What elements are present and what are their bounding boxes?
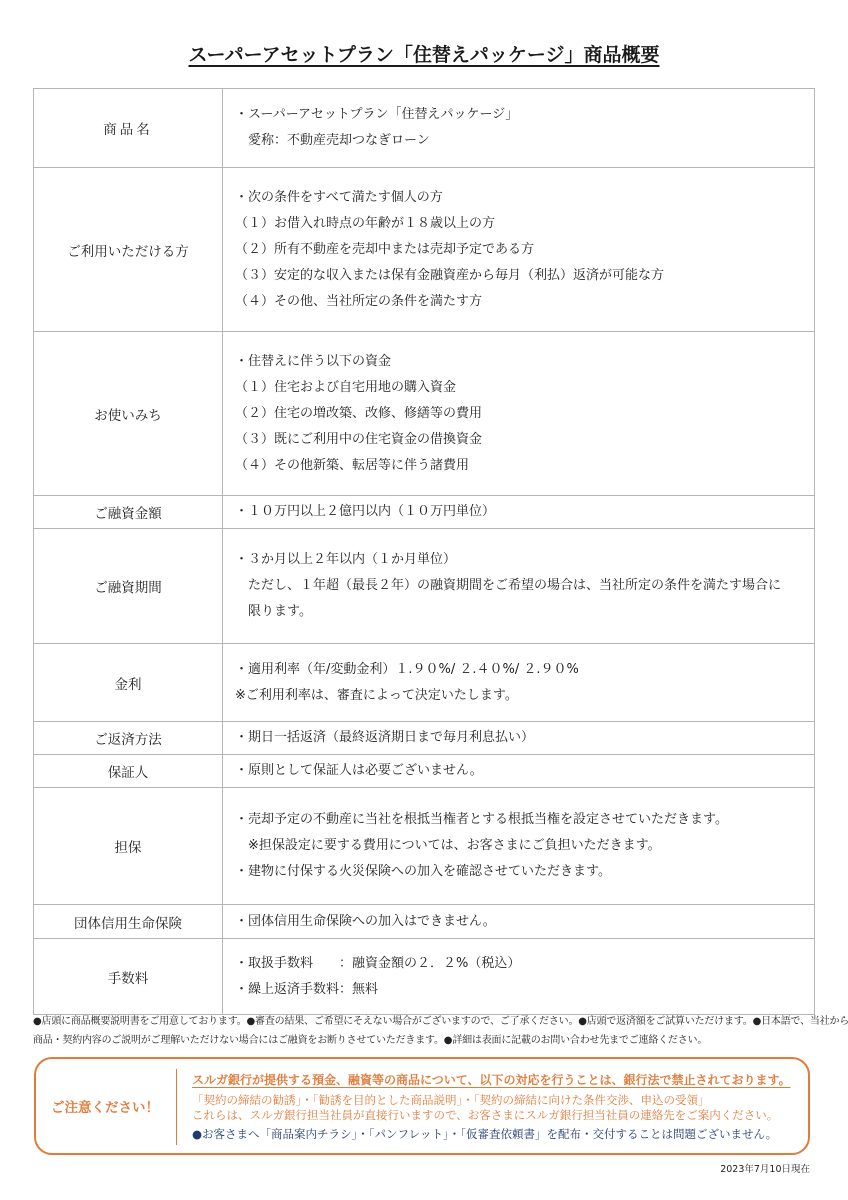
content-line: ※ご利用利率は、審査によって決定いたします。 [235, 683, 814, 709]
row-content: ・期日一括返済（最終返済期日まで毎月利息払い） [223, 722, 815, 755]
row-label: 団体信用生命保険 [34, 905, 223, 939]
content-line: 愛称：不動産売却つなぎローン [235, 128, 814, 154]
content-line: （１）住宅および自宅用地の購入資金 [235, 375, 814, 401]
table-row-eligibility: ご利用いただける方 ・次の条件をすべて満たす個人の方 （１）お借入れ時点の年齢が… [34, 168, 815, 332]
content-line: ・繰上返済手数料：無料 [235, 977, 814, 1003]
content-line: ・取扱手数料 ：融資金額の２．２%（税込） [235, 951, 814, 977]
content-line: ・原則として保証人は必要ございません。 [235, 758, 814, 784]
row-content: ・原則として保証人は必要ございません。 [223, 755, 815, 788]
content-line: ただし、１年超（最長２年）の融資期間をご希望の場合は、当社所定の条件を満たす場合… [235, 573, 814, 599]
caution-heading: スルガ銀行が提供する預金、融資等の商品について、以下の対応を行うことは、銀行法で… [192, 1070, 802, 1090]
content-line: ・建物に付保する火災保険への加入を確認させていただきます。 [235, 859, 814, 885]
row-label: ご返済方法 [34, 722, 223, 755]
table-row-collateral: 担保 ・売却予定の不動産に当社を根抵当権者とする根抵当権を設定させていただきます… [34, 788, 815, 905]
table-row-guarantor: 保証人 ・原則として保証人は必要ございません。 [34, 755, 815, 788]
content-line: ※担保設定に要する費用については、お客さまにご負担いただきます。 [235, 833, 814, 859]
row-label: ご利用いただける方 [34, 168, 223, 332]
caution-text-line: 「契約の締結の勧誘」・「勧誘を目的とした商品説明」・「契約の締結に向けた条件交渉… [192, 1093, 802, 1108]
table-row-loan-amount: ご融資金額 ・１０万円以上２億円以内（１０万円単位） [34, 496, 815, 529]
content-line: ・期日一括返済（最終返済期日まで毎月利息払い） [235, 725, 814, 751]
row-label: ご融資金額 [34, 496, 223, 529]
caution-box: ご注意ください！ スルガ銀行が提供する預金、融資等の商品について、以下の対応を行… [34, 1057, 810, 1155]
caution-divider [176, 1069, 177, 1145]
table-row-group-life-insurance: 団体信用生命保険 ・団体信用生命保険への加入はできません。 [34, 905, 815, 939]
content-line: ・売却予定の不動産に当社を根抵当権者とする根抵当権を設定させていただきます。 [235, 807, 814, 833]
caution-ok-line: ●お客さまへ「商品案内チラシ」・「パンフレット」・「仮審査依頼書」を配布・交付す… [192, 1123, 802, 1145]
content-line: ・次の条件をすべて満たす個人の方 [235, 185, 814, 211]
table-row-loan-period: ご融資期間 ・３か月以上２年以内（１か月単位） ただし、１年超（最長２年）の融資… [34, 529, 815, 644]
row-content: ・スーパーアセットプラン「住替えパッケージ」 愛称：不動産売却つなぎローン [223, 89, 815, 168]
row-content: ・団体信用生命保険への加入はできません。 [223, 905, 815, 939]
product-summary-table: 商品名 ・スーパーアセットプラン「住替えパッケージ」 愛称：不動産売却つなぎロー… [33, 88, 815, 1015]
content-line: ・適用利率（年/変動金利）１.９０%/ ２.４０%/ ２.９０% [235, 657, 814, 683]
row-label: お使いみち [34, 332, 223, 496]
caution-body: スルガ銀行が提供する預金、融資等の商品について、以下の対応を行うことは、銀行法で… [192, 1070, 802, 1145]
row-content: ・１０万円以上２億円以内（１０万円単位） [223, 496, 815, 529]
content-line: 限ります。 [235, 599, 814, 625]
content-line: （２）住宅の増改築、改修、修繕等の費用 [235, 401, 814, 427]
caution-label: ご注意ください！ [36, 1059, 174, 1153]
row-content: ・次の条件をすべて満たす個人の方 （１）お借入れ時点の年齢が１８歳以上の方 （２… [223, 168, 815, 332]
table-row-fees: 手数料 ・取扱手数料 ：融資金額の２．２%（税込） ・繰上返済手数料：無料 [34, 939, 815, 1015]
content-line: （３）既にご利用中の住宅資金の借換資金 [235, 427, 814, 453]
content-line: （１）お借入れ時点の年齢が１８歳以上の方 [235, 211, 814, 237]
row-content: ・取扱手数料 ：融資金額の２．２%（税込） ・繰上返済手数料：無料 [223, 939, 815, 1015]
row-label: 保証人 [34, 755, 223, 788]
content-line: （４）その他新築、転居等に伴う諸費用 [235, 453, 814, 479]
table-row-repayment: ご返済方法 ・期日一括返済（最終返済期日まで毎月利息払い） [34, 722, 815, 755]
table-row-interest-rate: 金利 ・適用利率（年/変動金利）１.９０%/ ２.４０%/ ２.９０% ※ご利用… [34, 644, 815, 722]
content-line: ・団体信用生命保険への加入はできません。 [235, 909, 814, 935]
as-of-date: 2023年7月10日現在 [720, 1161, 810, 1175]
content-line: ・１０万円以上２億円以内（１０万円単位） [235, 499, 814, 525]
table-row-product-name: 商品名 ・スーパーアセットプラン「住替えパッケージ」 愛称：不動産売却つなぎロー… [34, 89, 815, 168]
row-label: 担保 [34, 788, 223, 905]
row-content: ・売却予定の不動産に当社を根抵当権者とする根抵当権を設定させていただきます。 ※… [223, 788, 815, 905]
content-line: ・スーパーアセットプラン「住替えパッケージ」 [235, 102, 814, 128]
footnote-line: 商品・契約内容のご説明がご理解いただけない場合にはご融資をお断りさせていただきま… [33, 1031, 823, 1050]
content-line: ・３か月以上２年以内（１か月単位） [235, 547, 814, 573]
row-content: ・３か月以上２年以内（１か月単位） ただし、１年超（最長２年）の融資期間をご希望… [223, 529, 815, 644]
table-row-usage: お使いみち ・住替えに伴う以下の資金 （１）住宅および自宅用地の購入資金 （２）… [34, 332, 815, 496]
row-content: ・住替えに伴う以下の資金 （１）住宅および自宅用地の購入資金 （２）住宅の増改築… [223, 332, 815, 496]
content-line: （２）所有不動産を売却中または売却予定である方 [235, 237, 814, 263]
row-content: ・適用利率（年/変動金利）１.９０%/ ２.４０%/ ２.９０% ※ご利用利率は… [223, 644, 815, 722]
caution-text-line: これらは、スルガ銀行担当社員が直接行いますので、お客さまにスルガ銀行担当社員の連… [192, 1108, 802, 1123]
row-label: 金利 [34, 644, 223, 722]
content-line: （３）安定的な収入または保有金融資産から毎月（利払）返済が可能な方 [235, 263, 814, 289]
footnotes: ●店頭に商品概要説明書をご用意しております。●審査の結果、ご希望にそえない場合が… [33, 1012, 823, 1050]
row-label: 手数料 [34, 939, 223, 1015]
row-label: ご融資期間 [34, 529, 223, 644]
footnote-line: ●店頭に商品概要説明書をご用意しております。●審査の結果、ご希望にそえない場合が… [33, 1012, 823, 1031]
content-line: （４）その他、当社所定の条件を満たす方 [235, 289, 814, 315]
row-label: 商品名 [34, 89, 223, 168]
document-title: スーパーアセットプラン「住替えパッケージ」商品概要 [0, 40, 848, 67]
content-line: ・住替えに伴う以下の資金 [235, 349, 814, 375]
document-title-text: スーパーアセットプラン「住替えパッケージ」商品概要 [188, 44, 659, 66]
